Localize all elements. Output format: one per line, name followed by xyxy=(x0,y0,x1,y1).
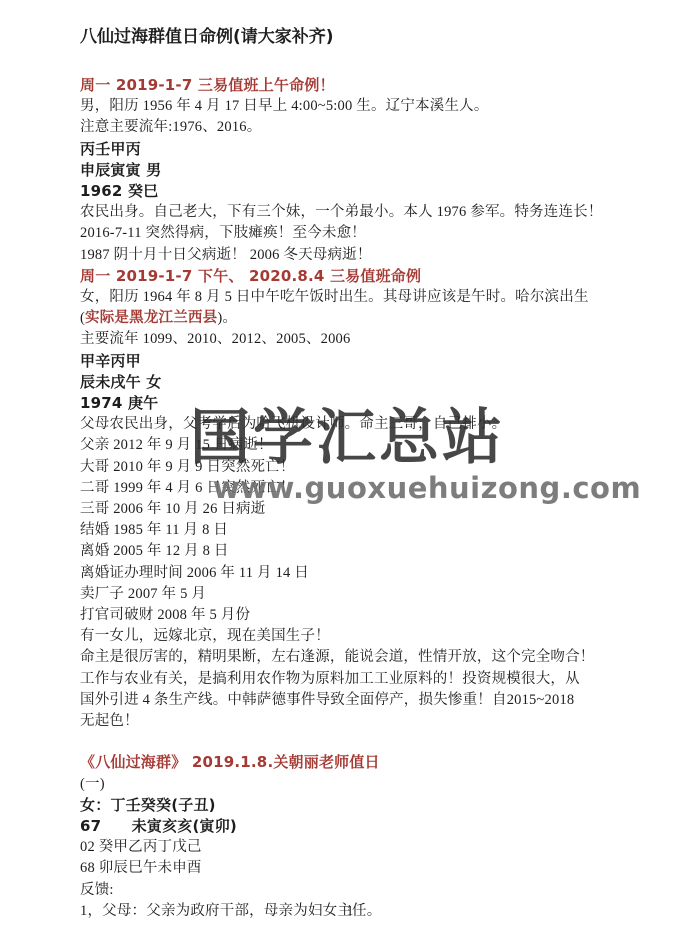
text-line: 工作与农业有关，是搞利用农作物为原料加工工业原料的！投资规模很大，从 xyxy=(80,669,645,690)
text-line: (一) xyxy=(80,774,645,795)
text-line: 男，阳历 1956 年 4 月 17 日早上 4:00~5:00 生。辽宁本溪生… xyxy=(80,96,645,117)
text-line: 注意主要流年:1976、2016。 xyxy=(80,117,645,138)
text-line: 1987 阴十月十日父病逝！ 2006 冬天母病逝！ xyxy=(80,245,645,266)
text-line: 申辰寅寅 男 xyxy=(80,160,645,181)
text-line: 二哥 1999 年 4 月 6 日突然死亡！ xyxy=(80,478,645,499)
text-line: 父亲 2012 年 9 月 15 日病逝！ xyxy=(80,435,645,456)
text-line: 离婚 2005 年 12 月 8 日 xyxy=(80,541,645,562)
text-line: 02 癸甲乙丙丁戊己 xyxy=(80,837,645,858)
text-line: 主要流年 1099、2010、2012、2005、2006 xyxy=(80,329,645,350)
text-line: 67 未寅亥亥(寅卯) xyxy=(80,816,645,837)
text-line: 2016-7-11 突然得病，下肢瘫痪！至今未愈！ xyxy=(80,223,645,244)
text-run: )。 xyxy=(217,310,237,326)
text-line: 国外引进 4 条生产线。中韩萨德事件导致全面停产，损失惨重！自2015~2018 xyxy=(80,690,645,711)
text-line: 辰未戌午 女 xyxy=(80,372,645,393)
text-line: 1974 庚午 xyxy=(80,393,645,414)
text-line: 《八仙过海群》 2019.1.8.关朝丽老师值日 xyxy=(80,752,645,773)
text-run: 实际是黑龙江兰西县 xyxy=(85,310,217,326)
text-line: 农民出身。自己老大，下有三个妹，一个弟最小。本人 1976 参军。特务连连长！ xyxy=(80,202,645,223)
text-line: (实际是黑龙江兰西县)。 xyxy=(80,308,645,329)
text-line: 女：丁壬癸癸(子丑) xyxy=(80,795,645,816)
text-line: 打官司破财 2008 年 5 月份 xyxy=(80,605,645,626)
document-page: 八仙过海群值日命例(请大家补齐) 周一 2019-1-7 三易值班上午命例！男，… xyxy=(0,0,700,930)
document-content: 八仙过海群值日命例(请大家补齐) 周一 2019-1-7 三易值班上午命例！男，… xyxy=(80,26,645,922)
text-line: 周一 2019-1-7 下午、 2020.8.4 三易值班命例 xyxy=(80,266,645,287)
text-line: 1962 癸巳 xyxy=(80,181,645,202)
document-body: 周一 2019-1-7 三易值班上午命例！男，阳历 1956 年 4 月 17 … xyxy=(80,75,645,922)
text-line: 命主是很厉害的，精明果断，左右逢源，能说会道，性情开放，这个完全吻合！ xyxy=(80,647,645,668)
text-line: 反馈: xyxy=(80,880,645,901)
text-line: 甲辛丙甲 xyxy=(80,351,645,372)
text-line: 68 卯辰巳午未申酉 xyxy=(80,858,645,879)
text-line: 女，阳历 1964 年 8 月 5 日中午吃午饭时出生。其母讲应该是午时。哈尔滨… xyxy=(80,287,645,308)
page-number: 1 xyxy=(0,903,700,919)
document-title: 八仙过海群值日命例(请大家补齐) xyxy=(80,26,645,48)
text-line: 卖厂子 2007 年 5 月 xyxy=(80,584,645,605)
text-line: 周一 2019-1-7 三易值班上午命例！ xyxy=(80,75,645,96)
text-line: 有一女儿，远嫁北京，现在美国生子！ xyxy=(80,626,645,647)
text-line: 父母农民出身，父考学后为哈飞机设计师。命主三哥，自己排小。 xyxy=(80,414,645,435)
text-line: 三哥 2006 年 10 月 26 日病逝 xyxy=(80,499,645,520)
text-line: 无起色！ xyxy=(80,711,645,732)
text-line: 结婚 1985 年 11 月 8 日 xyxy=(80,520,645,541)
text-line: 离婚证办理时间 2006 年 11 月 14 日 xyxy=(80,563,645,584)
text-line: 大哥 2010 年 9 月 9 日突然死亡！ xyxy=(80,457,645,478)
text-line: 丙壬甲丙 xyxy=(80,139,645,160)
